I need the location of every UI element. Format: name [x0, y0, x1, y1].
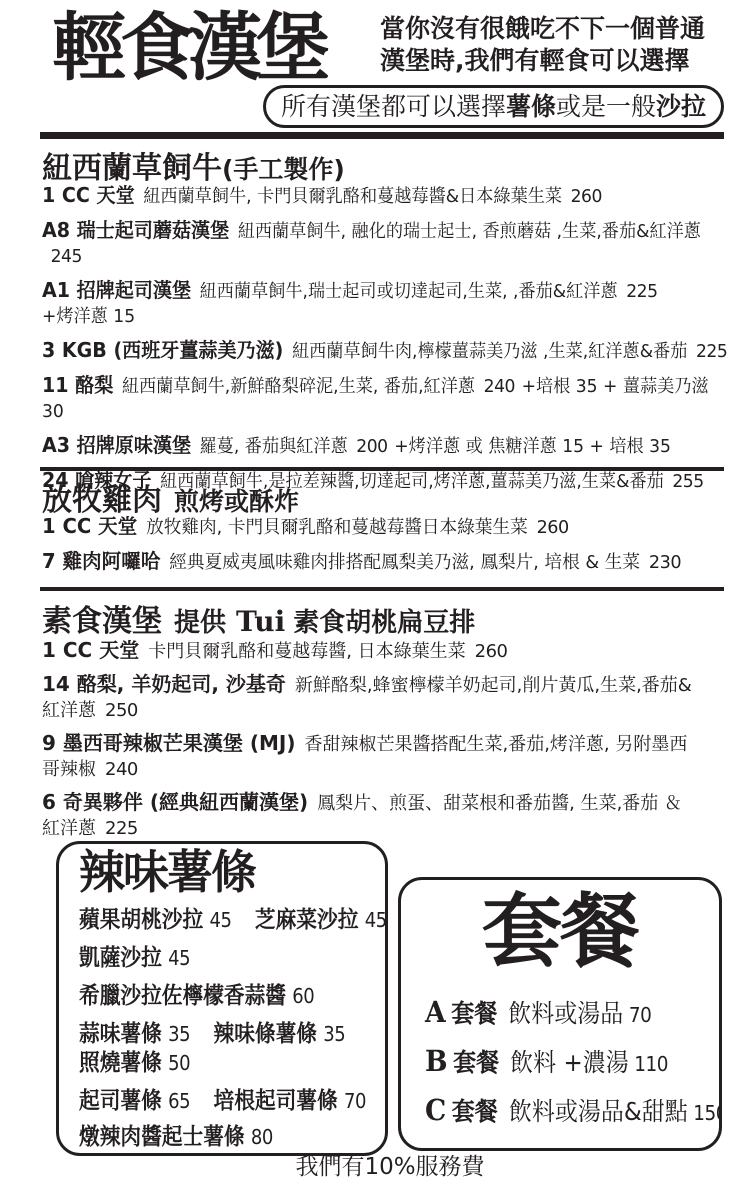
- fries-row: 希臘沙拉佐檸檬香蒜醬60: [79, 982, 383, 1010]
- set-meal-title: 套餐: [401, 890, 719, 974]
- item-price: 260: [571, 186, 602, 207]
- section-heading-suffix: (手工製作): [222, 155, 345, 184]
- note-bold-1: 薯條: [506, 92, 556, 121]
- item-name: 3 KGB (西班牙薑蒜美乃滋): [42, 338, 283, 362]
- section-heading-suffix: 煎烤或酥炸: [174, 487, 299, 516]
- fries-entry: 辣味條薯條35: [214, 1021, 346, 1047]
- section-items-veg: 1 CC 天堂卡門貝爾乳酪和蔓越莓醬, 日本綠葉生菜260 14 酪梨, 羊奶起…: [42, 638, 702, 849]
- service-fee-note: 我們有10%服務費: [240, 1152, 540, 1182]
- item-extra-line: +烤洋蔥 15: [42, 304, 728, 329]
- set-price: 70: [629, 1003, 651, 1027]
- item-description: 紐西蘭草飼牛, 卡門貝爾乳酪和蔓越莓醬&日本綠葉生菜: [143, 186, 562, 207]
- section-heading-main: 紐西蘭草飼牛: [42, 151, 222, 186]
- note-part-2: 或是一般: [556, 92, 656, 121]
- set-meal-row: C套餐飲料或湯品&甜點150: [425, 1094, 719, 1130]
- section-heading-beef: 紐西蘭草飼牛(手工製作): [42, 143, 345, 187]
- fries-item-price: 80: [251, 1125, 273, 1149]
- menu-item: 1 CC 天堂紐西蘭草飼牛, 卡門貝爾乳酪和蔓越莓醬&日本綠葉生菜260: [42, 183, 728, 209]
- item-name: 1 CC 天堂: [42, 183, 135, 207]
- set-label: 套餐: [451, 999, 497, 1028]
- set-meal-box: 套餐 A套餐飲料或湯品70 B套餐飲料 +濃湯110 C套餐飲料或湯品&甜點15…: [398, 877, 722, 1151]
- header-subtitle: 當你沒有很餓吃不下一個普通 漢堡時,我們有輕食可以選擇: [380, 13, 705, 77]
- set-meal-rows: A套餐飲料或湯品70 B套餐飲料 +濃湯110 C套餐飲料或湯品&甜點150: [425, 996, 719, 1130]
- set-meal-row: B套餐飲料 +濃湯110: [425, 1045, 719, 1081]
- menu-item: 1 CC 天堂卡門貝爾乳酪和蔓越莓醬, 日本綠葉生菜260: [42, 638, 702, 664]
- item-description: 紐西蘭草飼牛,新鮮酪梨碎泥,生菜, 番茄,紅洋蔥: [122, 376, 475, 397]
- item-description: 紐西蘭草飼牛, 融化的瑞士起士, 香煎蘑菇 ,生菜,番茄&紅洋蔥: [238, 221, 701, 242]
- item-name: 6 奇異夥伴 (經典紐西蘭漢堡): [42, 790, 308, 814]
- fries-row: 蒜味薯條35辣味條薯條35: [79, 1020, 383, 1048]
- fries-item-name: 蘋果胡桃沙拉: [79, 907, 203, 933]
- item-name: 1 CC 天堂: [42, 514, 137, 538]
- item-description: 經典夏威夷風味雞肉排搭配鳳梨美乃滋, 鳳梨片, 培根 & 生菜: [169, 552, 640, 573]
- item-description: 卡門貝爾乳酪和蔓越莓醬, 日本綠葉生菜: [148, 641, 465, 662]
- fries-item-price: 45: [210, 908, 232, 932]
- fries-item-price: 45: [168, 946, 190, 970]
- menu-item: 7 雞肉阿囉哈經典夏威夷風味雞肉排搭配鳳梨美乃滋, 鳳梨片, 培根 & 生菜23…: [42, 549, 728, 575]
- item-price: 245: [51, 246, 82, 267]
- fries-item-price: 70: [344, 1089, 366, 1113]
- set-description: 飲料 +濃湯: [510, 1048, 629, 1077]
- section-heading-mid: 提供: [174, 608, 226, 638]
- menu-item: A3 招牌原味漢堡羅蔓, 番茄與紅洋蔥200+烤洋蔥 或 焦糖洋蔥 15 + 培…: [42, 433, 728, 459]
- item-price: 225: [696, 341, 727, 362]
- set-letter: B: [425, 1044, 448, 1078]
- menu-item: 1 CC 天堂放牧雞肉, 卡門貝爾乳酪和蔓越莓醬日本綠葉生菜260: [42, 514, 728, 540]
- item-price: 200: [356, 436, 387, 457]
- fries-entry: 希臘沙拉佐檸檬香蒜醬60: [79, 983, 314, 1009]
- fries-item-price: 45: [365, 908, 387, 932]
- subtitle-line-2: 漢堡時,我們有輕食可以選擇: [380, 45, 705, 77]
- section-heading-veg: 素食漢堡提供Tui素食胡桃扁豆排: [42, 596, 475, 640]
- item-price: 260: [537, 517, 569, 538]
- subtitle-line-1: 當你沒有很餓吃不下一個普通: [380, 13, 705, 45]
- fries-item-price: 50: [168, 1051, 190, 1075]
- item-description: 羅蔓, 番茄與紅洋蔥: [200, 436, 348, 457]
- item-description: 紐西蘭草飼牛肉,檸檬薑蒜美乃滋 ,生菜,紅洋蔥&番茄: [292, 341, 687, 362]
- item-name: 11 酪梨: [42, 373, 113, 397]
- fries-item-name: 蒜味薯條: [79, 1021, 162, 1047]
- section-heading-chicken: 放牧雞肉煎烤或酥炸: [42, 475, 299, 519]
- section-heading-suffix: 素食胡桃扁豆排: [293, 608, 475, 638]
- item-price: 240: [105, 759, 138, 780]
- set-price: 110: [634, 1052, 668, 1076]
- fries-box: 辣味薯條 蘋果胡桃沙拉45芝麻菜沙拉45 凱薩沙拉45 希臘沙拉佐檸檬香蒜醬60…: [56, 841, 388, 1156]
- set-price: 150: [693, 1101, 722, 1125]
- item-price: 255: [672, 471, 703, 492]
- fries-item-name: 凱薩沙拉: [79, 945, 162, 971]
- menu-item: 6 奇異夥伴 (經典紐西蘭漢堡)鳳梨片、煎蛋、甜菜根和番茄醬, 生菜,番茄 ＆ …: [42, 790, 702, 841]
- item-extras: +烤洋蔥 或 焦糖洋蔥 15 + 培根 35: [394, 436, 671, 457]
- fries-row: 起司薯條65培根起司薯條70: [79, 1087, 383, 1115]
- fries-entry: 芝麻菜沙拉45: [255, 907, 387, 933]
- menu-page: 輕食漢堡 當你沒有很餓吃不下一個普通 漢堡時,我們有輕食可以選擇 所有漢堡都可以…: [0, 0, 730, 1189]
- divider-bar-thick: [40, 132, 724, 139]
- fries-item-name: 希臘沙拉佐檸檬香蒜醬: [79, 983, 286, 1009]
- item-name: 14 酪梨, 羊奶起司, 沙基奇: [42, 672, 286, 696]
- item-name: A3 招牌原味漢堡: [42, 433, 191, 457]
- menu-item: 3 KGB (西班牙薑蒜美乃滋)紐西蘭草飼牛肉,檸檬薑蒜美乃滋 ,生菜,紅洋蔥&…: [42, 338, 728, 364]
- fries-row: 燉辣肉醬起士薯條80: [79, 1123, 383, 1151]
- fries-row: 凱薩沙拉45: [79, 944, 383, 972]
- note-box: 所有漢堡都可以選擇薯條或是一般沙拉: [263, 85, 724, 128]
- page-title: 輕食漢堡: [52, 4, 324, 92]
- fries-entry: 起司薯條65: [79, 1088, 190, 1114]
- fries-item-name: 辣味條薯條: [214, 1021, 318, 1047]
- item-name: 7 雞肉阿囉哈: [42, 549, 160, 573]
- menu-item: 11 酪梨紐西蘭草飼牛,新鮮酪梨碎泥,生菜, 番茄,紅洋蔥240+培根 35 +…: [42, 373, 728, 424]
- fries-item-name: 芝麻菜沙拉: [255, 907, 359, 933]
- set-meal-row: A套餐飲料或湯品70: [425, 996, 719, 1032]
- fries-item-name: 起司薯條: [79, 1088, 162, 1114]
- fries-item-price: 35: [323, 1022, 345, 1046]
- fries-item-name: 燉辣肉醬起士薯條: [79, 1124, 245, 1150]
- menu-item: 14 酪梨, 羊奶起司, 沙基奇新鮮酪梨,蜂蜜檸檬羊奶起司,削片黃瓜,生菜,番茄…: [42, 672, 702, 723]
- divider-bar: [40, 587, 724, 591]
- item-price: 240: [484, 376, 515, 397]
- fries-row: 照燒薯條50: [79, 1049, 383, 1077]
- fries-entry: 蘋果胡桃沙拉45: [79, 907, 232, 933]
- fries-entry: 燉辣肉醬起士薯條80: [79, 1124, 273, 1150]
- item-description: 放牧雞肉, 卡門貝爾乳酪和蔓越莓醬日本綠葉生菜: [146, 517, 528, 538]
- item-price: 225: [626, 281, 657, 302]
- set-description: 飲料或湯品&甜點: [509, 1097, 688, 1126]
- fries-item-name: 培根起司薯條: [214, 1088, 338, 1114]
- menu-item: A8 瑞士起司蘑菇漢堡紐西蘭草飼牛, 融化的瑞士起士, 香煎蘑菇 ,生菜,番茄&…: [42, 218, 728, 269]
- item-name: A1 招牌起司漢堡: [42, 278, 191, 302]
- section-heading-main: 放牧雞肉: [42, 483, 162, 518]
- fries-row: 蘋果胡桃沙拉45芝麻菜沙拉45: [79, 906, 383, 934]
- set-description: 飲料或湯品: [508, 999, 623, 1028]
- section-items-beef: 1 CC 天堂紐西蘭草飼牛, 卡門貝爾乳酪和蔓越莓醬&日本綠葉生菜260 A8 …: [42, 183, 728, 503]
- set-label: 套餐: [453, 1048, 499, 1077]
- fries-title: 辣味薯條: [79, 846, 385, 898]
- item-price: 250: [105, 700, 138, 721]
- item-price: 230: [649, 552, 681, 573]
- item-price: 225: [105, 818, 138, 839]
- fries-entry: 凱薩沙拉45: [79, 945, 190, 971]
- fries-entry: 培根起司薯條70: [214, 1088, 367, 1114]
- fries-item-price: 35: [168, 1022, 190, 1046]
- item-name: 1 CC 天堂: [42, 638, 139, 662]
- fries-item-price: 65: [168, 1089, 190, 1113]
- section-heading-brand: Tui: [236, 605, 285, 638]
- note-part-1: 所有漢堡都可以選擇: [281, 92, 506, 121]
- item-name: 9 墨西哥辣椒芒果漢堡 (MJ): [42, 731, 295, 755]
- section-heading-main: 素食漢堡: [42, 604, 162, 639]
- set-label: 套餐: [452, 1097, 498, 1126]
- divider-bar: [40, 467, 724, 471]
- menu-item: 9 墨西哥辣椒芒果漢堡 (MJ)香甜辣椒芒果醬搭配生菜,番茄,烤洋蔥, 另附墨西…: [42, 731, 702, 782]
- menu-item: A1 招牌起司漢堡紐西蘭草飼牛,瑞士起司或切達起司,生菜, ,番茄&紅洋蔥225…: [42, 278, 728, 329]
- section-items-chicken: 1 CC 天堂放牧雞肉, 卡門貝爾乳酪和蔓越莓醬日本綠葉生菜260 7 雞肉阿囉…: [42, 514, 728, 584]
- set-letter: C: [425, 1093, 446, 1127]
- item-name: A8 瑞士起司蘑菇漢堡: [42, 218, 229, 242]
- fries-entry: 照燒薯條50: [79, 1050, 190, 1076]
- fries-rows: 蘋果胡桃沙拉45芝麻菜沙拉45 凱薩沙拉45 希臘沙拉佐檸檬香蒜醬60 蒜味薯條…: [79, 906, 383, 1151]
- fries-entry: 蒜味薯條35: [79, 1021, 190, 1047]
- fries-item-name: 照燒薯條: [79, 1050, 162, 1076]
- set-letter: A: [425, 995, 446, 1029]
- item-description: 紐西蘭草飼牛,瑞士起司或切達起司,生菜, ,番茄&紅洋蔥: [200, 281, 618, 302]
- fries-item-price: 60: [292, 984, 314, 1008]
- item-price: 260: [475, 641, 508, 662]
- note-bold-2: 沙拉: [656, 92, 706, 121]
